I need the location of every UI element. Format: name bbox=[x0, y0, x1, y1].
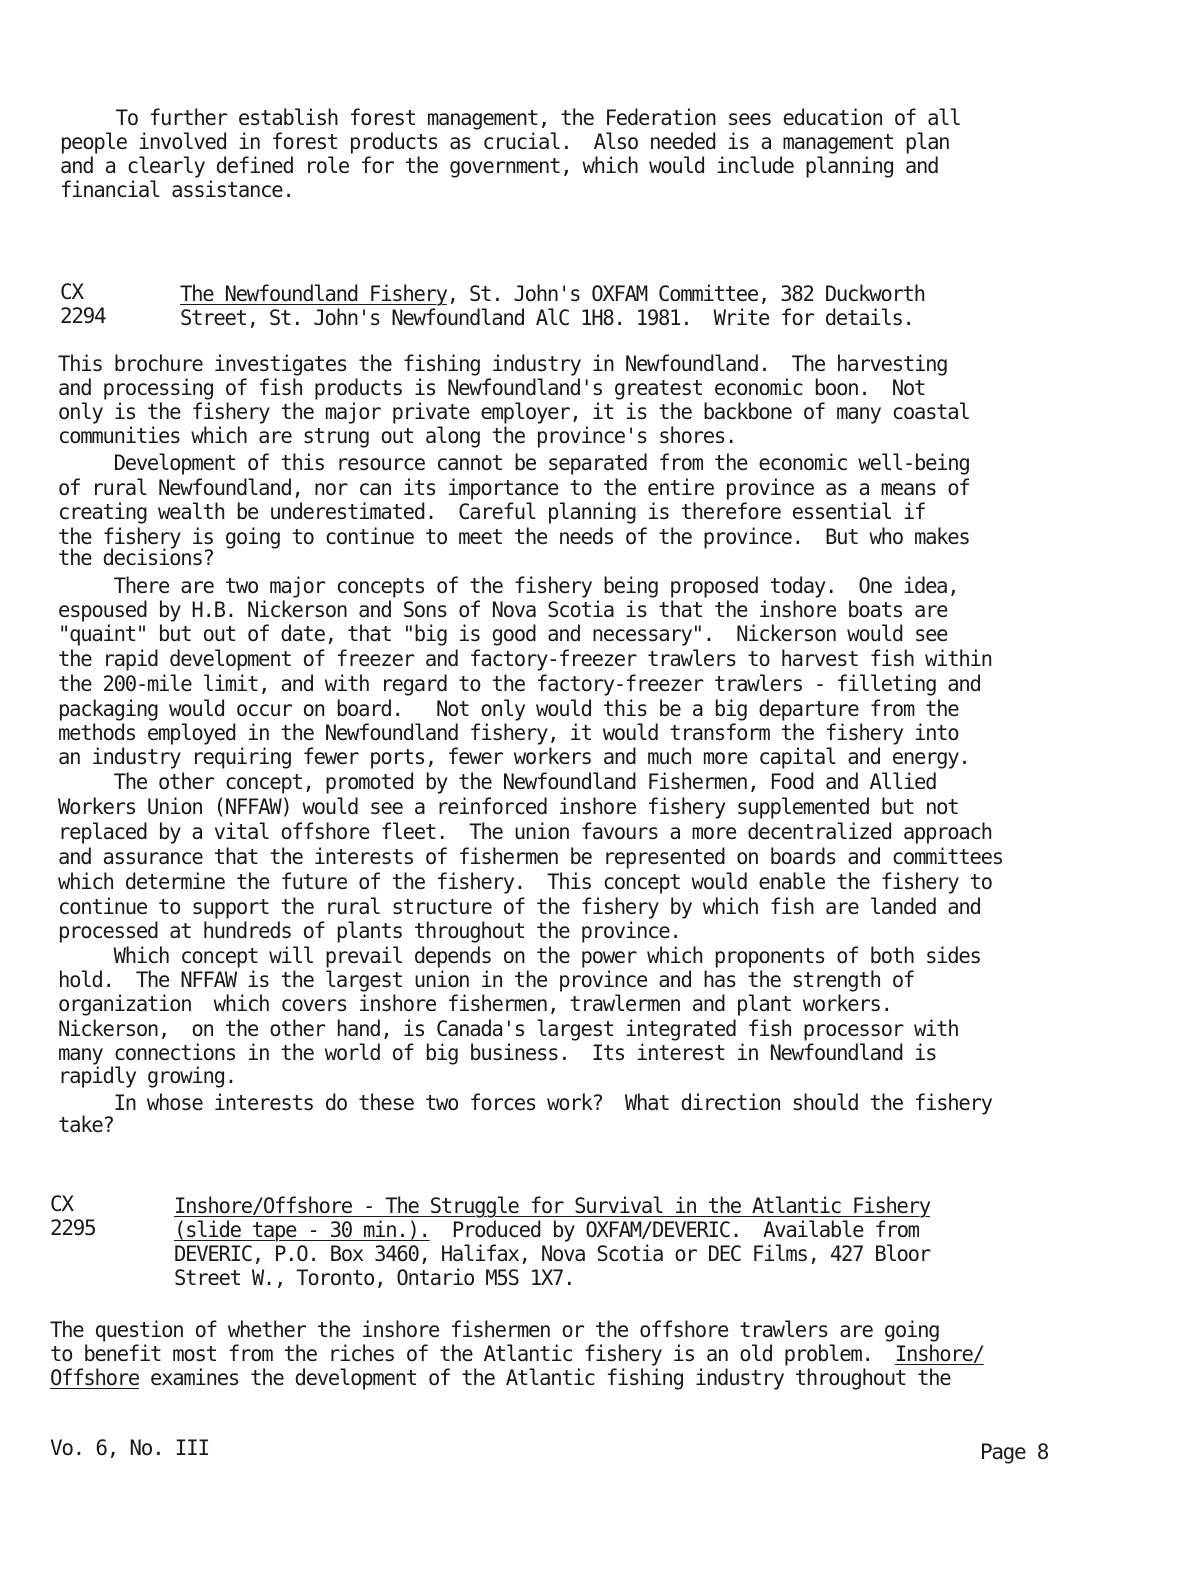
entry-code-prefix: CX bbox=[50, 1192, 73, 1216]
text-line: To further establish forest management, … bbox=[60, 106, 960, 130]
text-line: The question of whether the inshore fish… bbox=[50, 1318, 939, 1342]
text-line: an industry requiring fewer ports, fewer… bbox=[58, 745, 970, 769]
text-line: Development of this resource cannot be s… bbox=[58, 451, 970, 475]
entry-citation-line: Street W., Toronto, Ontario M5S 1X7. bbox=[174, 1266, 574, 1290]
title-reference: Offshore bbox=[50, 1366, 139, 1390]
text-line: only is the fishery the major private em… bbox=[58, 400, 970, 424]
entry-title: Inshore/Offshore - The Struggle for Surv… bbox=[174, 1194, 930, 1218]
text-line: hold. The NFFAW is the largest union in … bbox=[58, 968, 914, 992]
footer-volume: Vo. 6, No. III bbox=[50, 1436, 209, 1460]
text-line: Offshore examines the development of the… bbox=[50, 1366, 950, 1390]
footer-page-number: Page 8 bbox=[980, 1440, 1048, 1464]
entry-citation-line: (slide tape - 30 min.). Produced by OXFA… bbox=[174, 1218, 919, 1242]
text-segment: examines the development of the Atlantic… bbox=[139, 1366, 950, 1390]
entry-code-prefix: CX bbox=[60, 280, 83, 304]
entry-code-number: 2295 bbox=[50, 1216, 95, 1240]
text-line: The other concept, promoted by the Newfo… bbox=[58, 770, 936, 794]
text-line: and a clearly defined role for the gover… bbox=[60, 154, 938, 178]
entry-citation-line: Street, St. John's Newfoundland AlC 1H8.… bbox=[180, 306, 914, 330]
text-line: communities which are strung out along t… bbox=[58, 424, 736, 448]
text-line: the rapid development of freezer and fac… bbox=[58, 647, 992, 671]
citation-text: , St. John's OXFAM Committee, 382 Duckwo… bbox=[447, 282, 925, 306]
entry-code-number: 2294 bbox=[60, 304, 105, 328]
text-line: processed at hundreds of plants througho… bbox=[58, 919, 681, 943]
text-line: take? bbox=[58, 1113, 114, 1137]
text-line: methods employed in the Newfoundland fis… bbox=[58, 721, 958, 745]
title-reference: Inshore/ bbox=[895, 1342, 984, 1366]
text-line: rapidly growing. bbox=[58, 1064, 236, 1088]
text-line: packaging would occur on board. Not only… bbox=[58, 697, 958, 721]
text-line: espoused by H.B. Nickerson and Sons of N… bbox=[58, 598, 947, 622]
text-line: financial assistance. bbox=[60, 178, 293, 202]
text-line: In whose interests do these two forces w… bbox=[58, 1091, 992, 1115]
entry-citation-line: DEVERIC, P.O. Box 3460, Halifax, Nova Sc… bbox=[174, 1242, 930, 1266]
text-line: Workers Union (NFFAW) would see a reinfo… bbox=[58, 795, 958, 819]
text-line: continue to support the rural structure … bbox=[58, 895, 981, 919]
entry-title-continuation: (slide tape - 30 min.). bbox=[174, 1218, 430, 1242]
text-line: and assurance that the interests of fish… bbox=[58, 845, 1003, 869]
text-line: This brochure investigates the fishing i… bbox=[58, 352, 947, 376]
text-line: replaced by a vital offshore fleet. The … bbox=[58, 820, 992, 844]
entry-title: The Newfoundland Fishery bbox=[180, 282, 447, 306]
text-line: people involved in forest products as cr… bbox=[60, 130, 949, 154]
entry-citation-line: Inshore/Offshore - The Struggle for Surv… bbox=[174, 1194, 930, 1218]
text-segment: to benefit most from the riches of the A… bbox=[50, 1342, 895, 1366]
text-line: the 200-mile limit, and with regard to t… bbox=[58, 672, 981, 696]
text-line: which determine the future of the fisher… bbox=[58, 870, 992, 894]
text-line: "quaint" but out of date, that "big is g… bbox=[58, 622, 947, 646]
text-line: of rural Newfoundland, nor can its impor… bbox=[58, 476, 970, 500]
citation-text: Produced by OXFAM/DEVERIC. Available fro… bbox=[430, 1218, 919, 1242]
text-line: the decisions? bbox=[58, 546, 214, 570]
text-line: many connections in the world of big bus… bbox=[58, 1041, 936, 1065]
text-line: Which concept will prevail depends on th… bbox=[58, 944, 981, 968]
text-line: There are two major concepts of the fish… bbox=[58, 574, 958, 598]
text-line: creating wealth be underestimated. Caref… bbox=[58, 500, 925, 524]
text-line: to benefit most from the riches of the A… bbox=[50, 1342, 984, 1366]
text-line: and processing of fish products is Newfo… bbox=[58, 376, 925, 400]
document-page: To further establish forest management, … bbox=[0, 0, 1192, 1590]
entry-citation-line: The Newfoundland Fishery, St. John's OXF… bbox=[180, 282, 925, 306]
text-line: organization which covers inshore fisher… bbox=[58, 992, 892, 1016]
text-line: Nickerson, on the other hand, is Canada'… bbox=[58, 1017, 958, 1041]
